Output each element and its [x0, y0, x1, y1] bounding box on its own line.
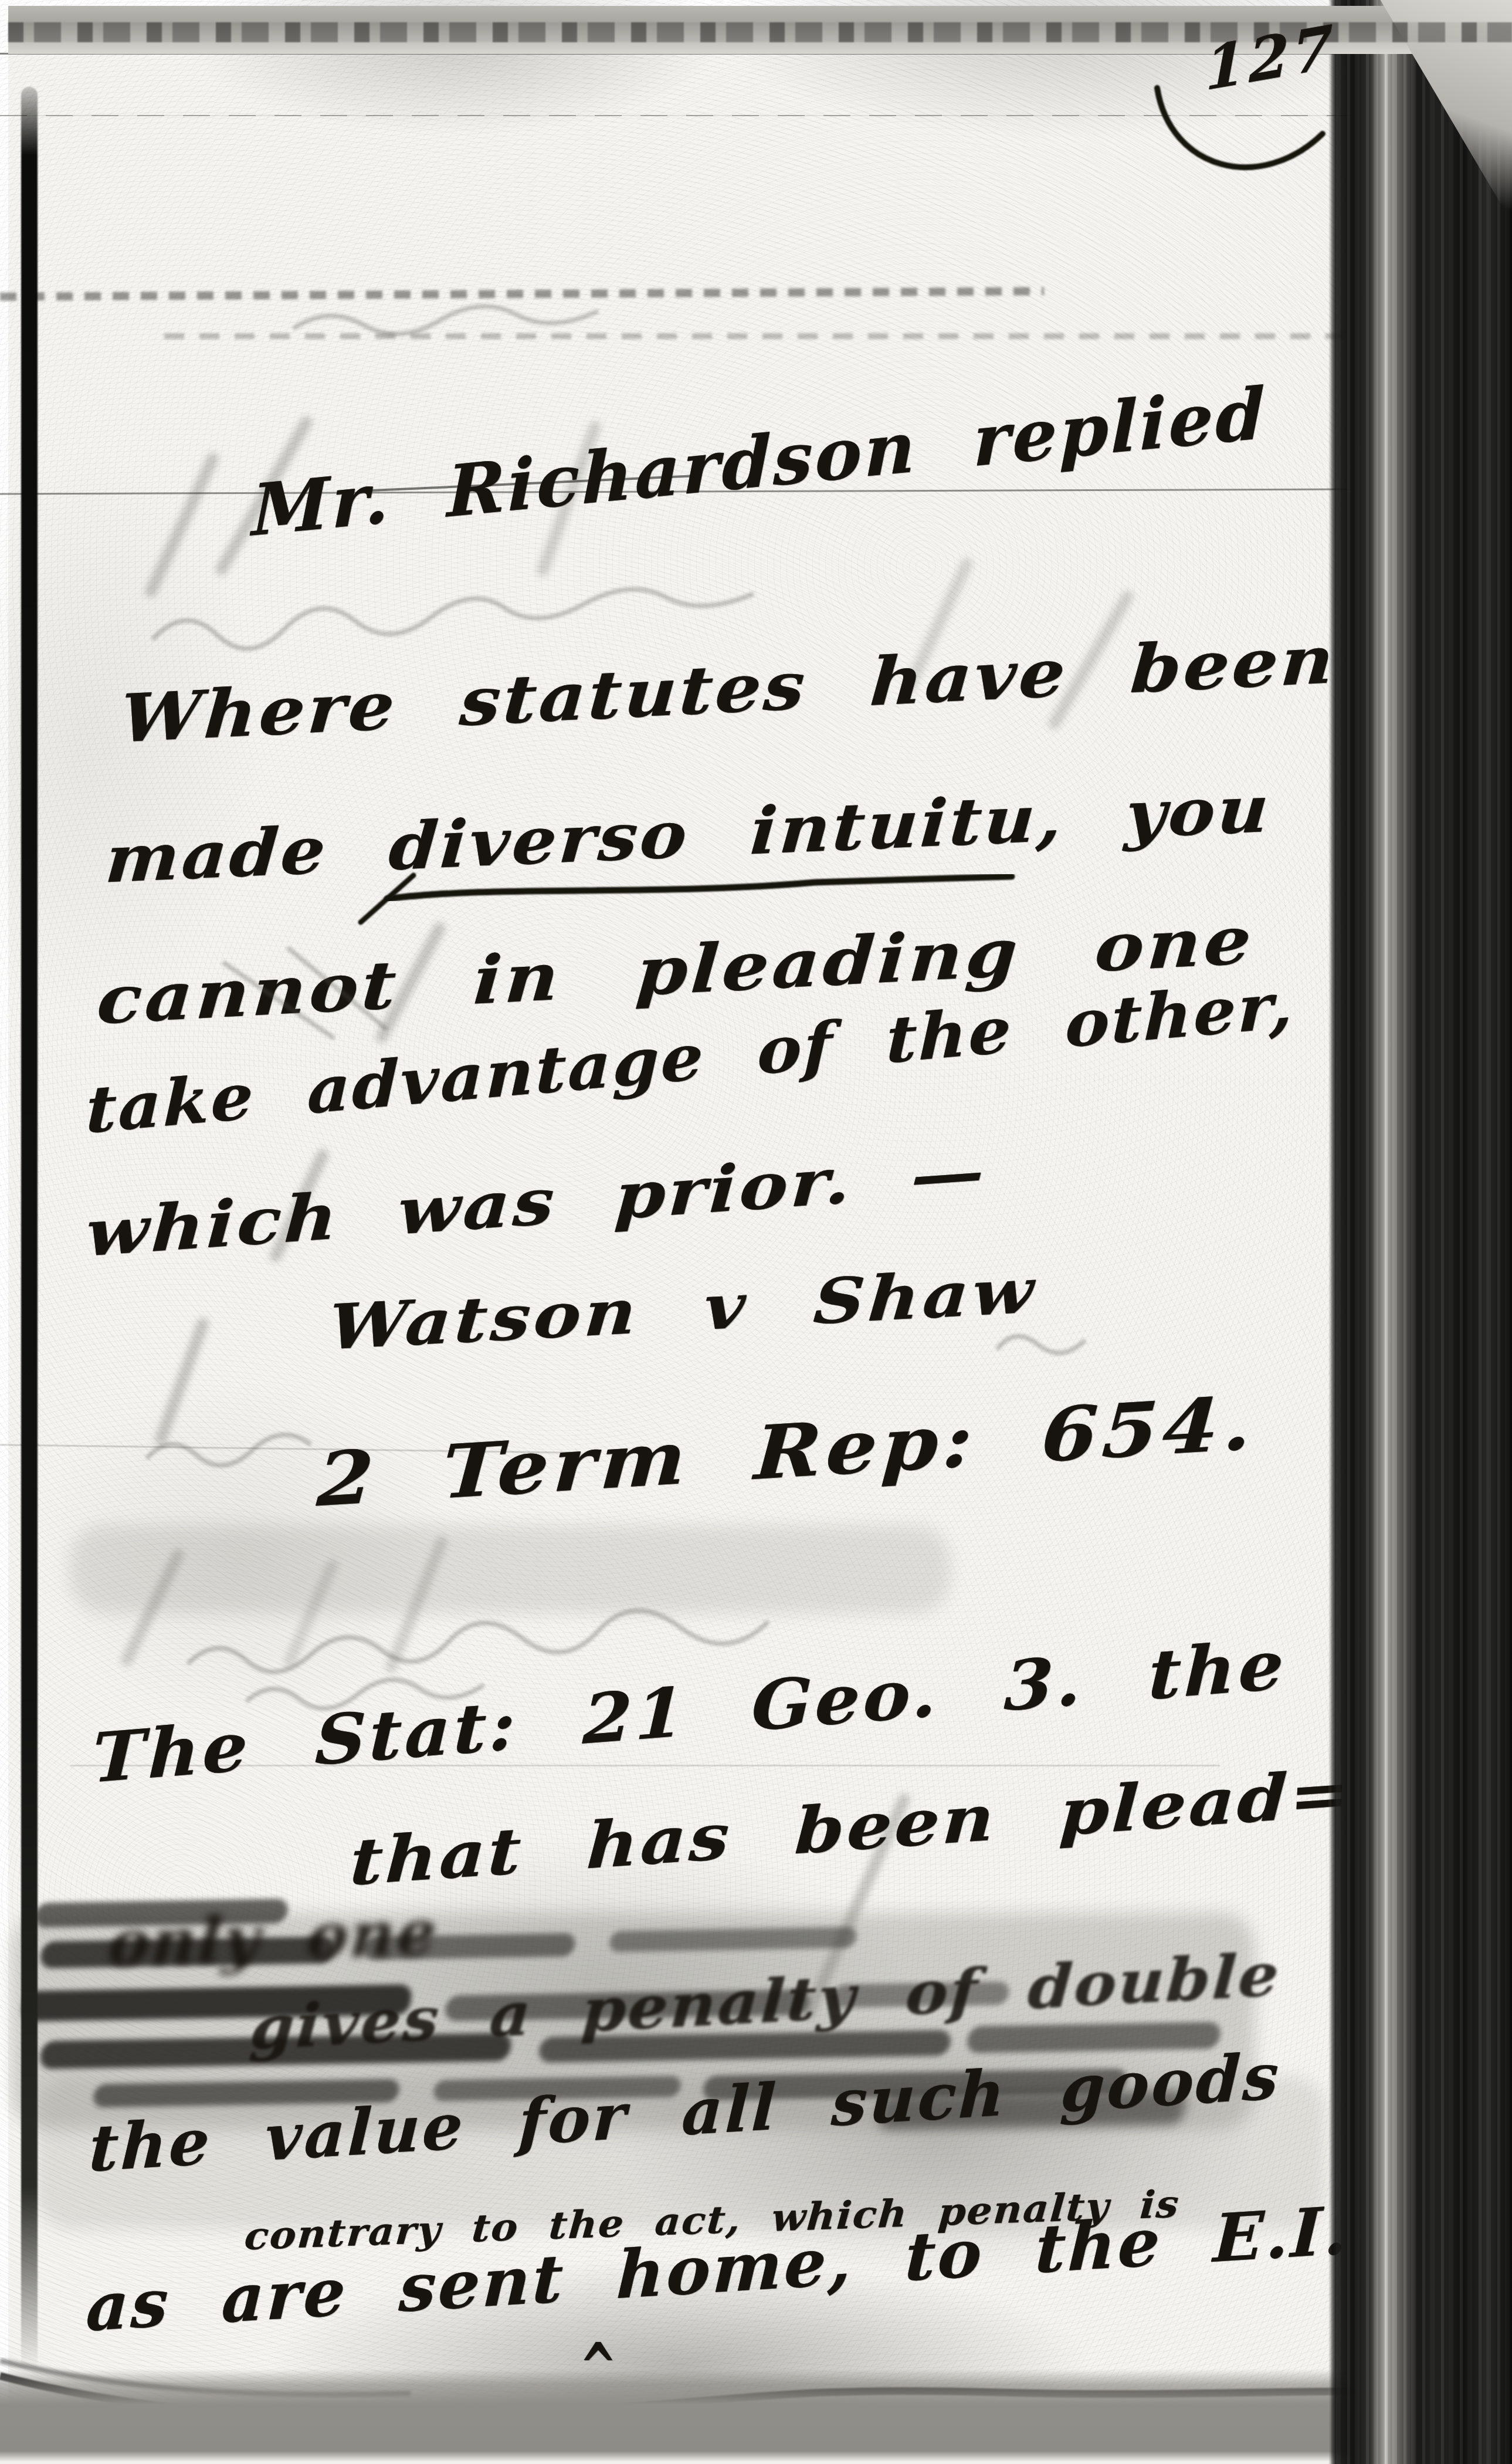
scanned-manuscript-page: 127 Mr. Richardson replied Where statute… [0, 0, 1512, 2464]
ink-blot [608, 1927, 857, 1952]
bottom-curl-shadow [0, 2369, 1512, 2464]
book-edge-streaks [1328, 0, 1512, 2464]
handwriting-line-only-one-smudged: only one [106, 1895, 440, 1979]
left-gutter-shadow [21, 87, 38, 2369]
